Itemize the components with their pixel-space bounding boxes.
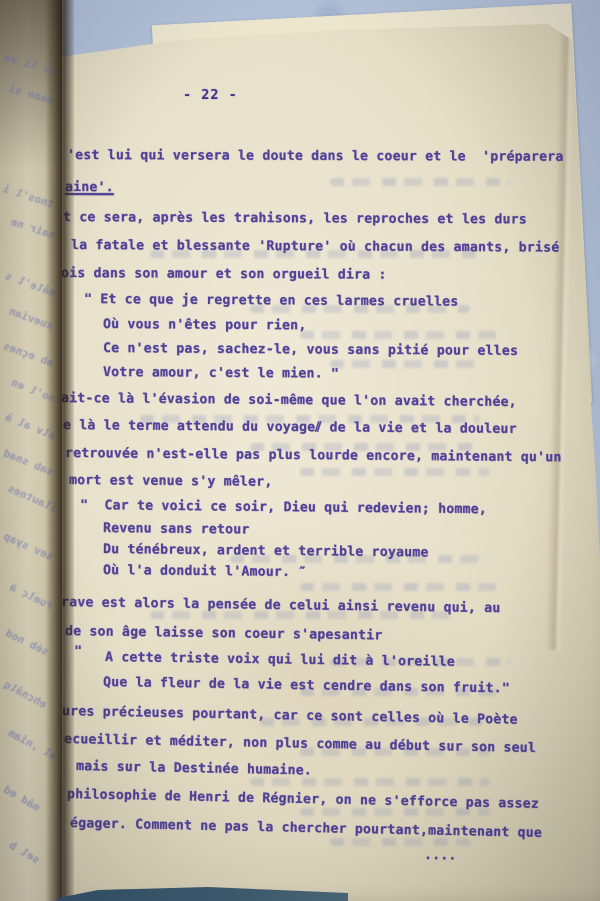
- typed-line: Ce n'est pas, sachez-le, vous sans pitié…: [103, 342, 518, 359]
- typed-line: Où l'a donduit l'Amour. ″: [103, 564, 307, 580]
- typed-line: t ce sera, après les trahisons, les repr…: [63, 211, 527, 227]
- ghost-fragment: xuevian: [7, 304, 55, 332]
- ghost-fragment: sel b: [7, 839, 42, 867]
- typed-line: A cette triste voix qui lui dit à l'orei…: [105, 651, 455, 670]
- typed-line: Revenu sans retour: [103, 522, 250, 538]
- typed-line: Où vous n'êtes pour rien,: [103, 318, 307, 333]
- ghost-fragment: nair ne: [9, 215, 57, 242]
- typed-line: rave est alors la pensée de celui ainsi …: [61, 596, 501, 616]
- ghost-fragment: tnos'l i: [1, 182, 55, 211]
- typed-line: ures précieuses pourtant, car ce sont ce…: [62, 705, 518, 728]
- ghost-fragment: mâle'l s: [3, 269, 57, 299]
- ghost-fragment: ehcnâlq: [2, 678, 49, 711]
- ghost-fragment: ov li va: [3, 51, 58, 78]
- ghost-fragment: ilautnes: [6, 482, 60, 515]
- typed-line: philosophie de Henri de Régnier, on ne s…: [67, 788, 539, 812]
- typed-line: Du ténébreux, ardent et terrible royaume: [103, 543, 429, 560]
- typed-line: mort est venue s'y mêler,: [69, 474, 273, 490]
- typed-line: Que la fleur de la vie est cendre dans s…: [103, 676, 510, 696]
- typed-line: retrouvée n'est-elle pas plus lourde enc…: [65, 447, 562, 465]
- ghost-fragment: no'l en: [9, 376, 57, 405]
- typed-line: " Car te voici ce soir, Dieu qui redevie…: [80, 499, 487, 517]
- ghost-fragment: alv al à: [3, 411, 57, 443]
- typed-text-layer: 'est lui qui versera le doute dans le co…: [0, 0, 600, 901]
- ghost-fragment: neon si: [7, 82, 55, 107]
- typed-line: e là le terme attendu du voyage⫽ de la v…: [63, 419, 517, 437]
- typed-line: ": [74, 645, 82, 659]
- typed-line: Votre amour, c'est le mien. ": [103, 366, 339, 382]
- ghost-fragment: sab snad: [1, 447, 55, 479]
- typed-line: " Et ce que je regrette en ces larmes cr…: [84, 293, 459, 310]
- typed-line: ....: [424, 849, 457, 864]
- ghost-fragment: ab eçnes: [1, 339, 55, 369]
- typed-line: égager. Comment ne pas la chercher pourt…: [70, 817, 542, 841]
- typed-line: de son âge laisse son coeur s'apesantir: [65, 625, 383, 643]
- ghost-fragment: sèb nod: [3, 626, 50, 658]
- ghost-fragment: ruelc à: [7, 580, 54, 612]
- ghost-fragment: mâd ed: [1, 783, 42, 814]
- typed-line: ois dans son amour et son orgueil dira :: [61, 267, 387, 283]
- typed-line: aine'.: [65, 181, 114, 195]
- typed-line: ait-ce là l'évasion de soi-même que l'on…: [61, 392, 517, 410]
- typed-line: ecueillir et méditer, non plus comme au …: [64, 733, 536, 756]
- ghost-fragment: sev syap: [2, 530, 56, 563]
- typed-line: 'est lui qui versera le doute dans le co…: [67, 149, 564, 165]
- typed-line: mais sur la Destinée humaine.: [76, 760, 312, 779]
- ghost-fragment: al ,niam: [6, 726, 59, 762]
- ghost-text-layer: ov li vaneon sitnos'l inair nemâle'l sxu…: [0, 0, 62, 901]
- typed-line: la fatale et blessante 'Rupture' où chac…: [71, 239, 559, 256]
